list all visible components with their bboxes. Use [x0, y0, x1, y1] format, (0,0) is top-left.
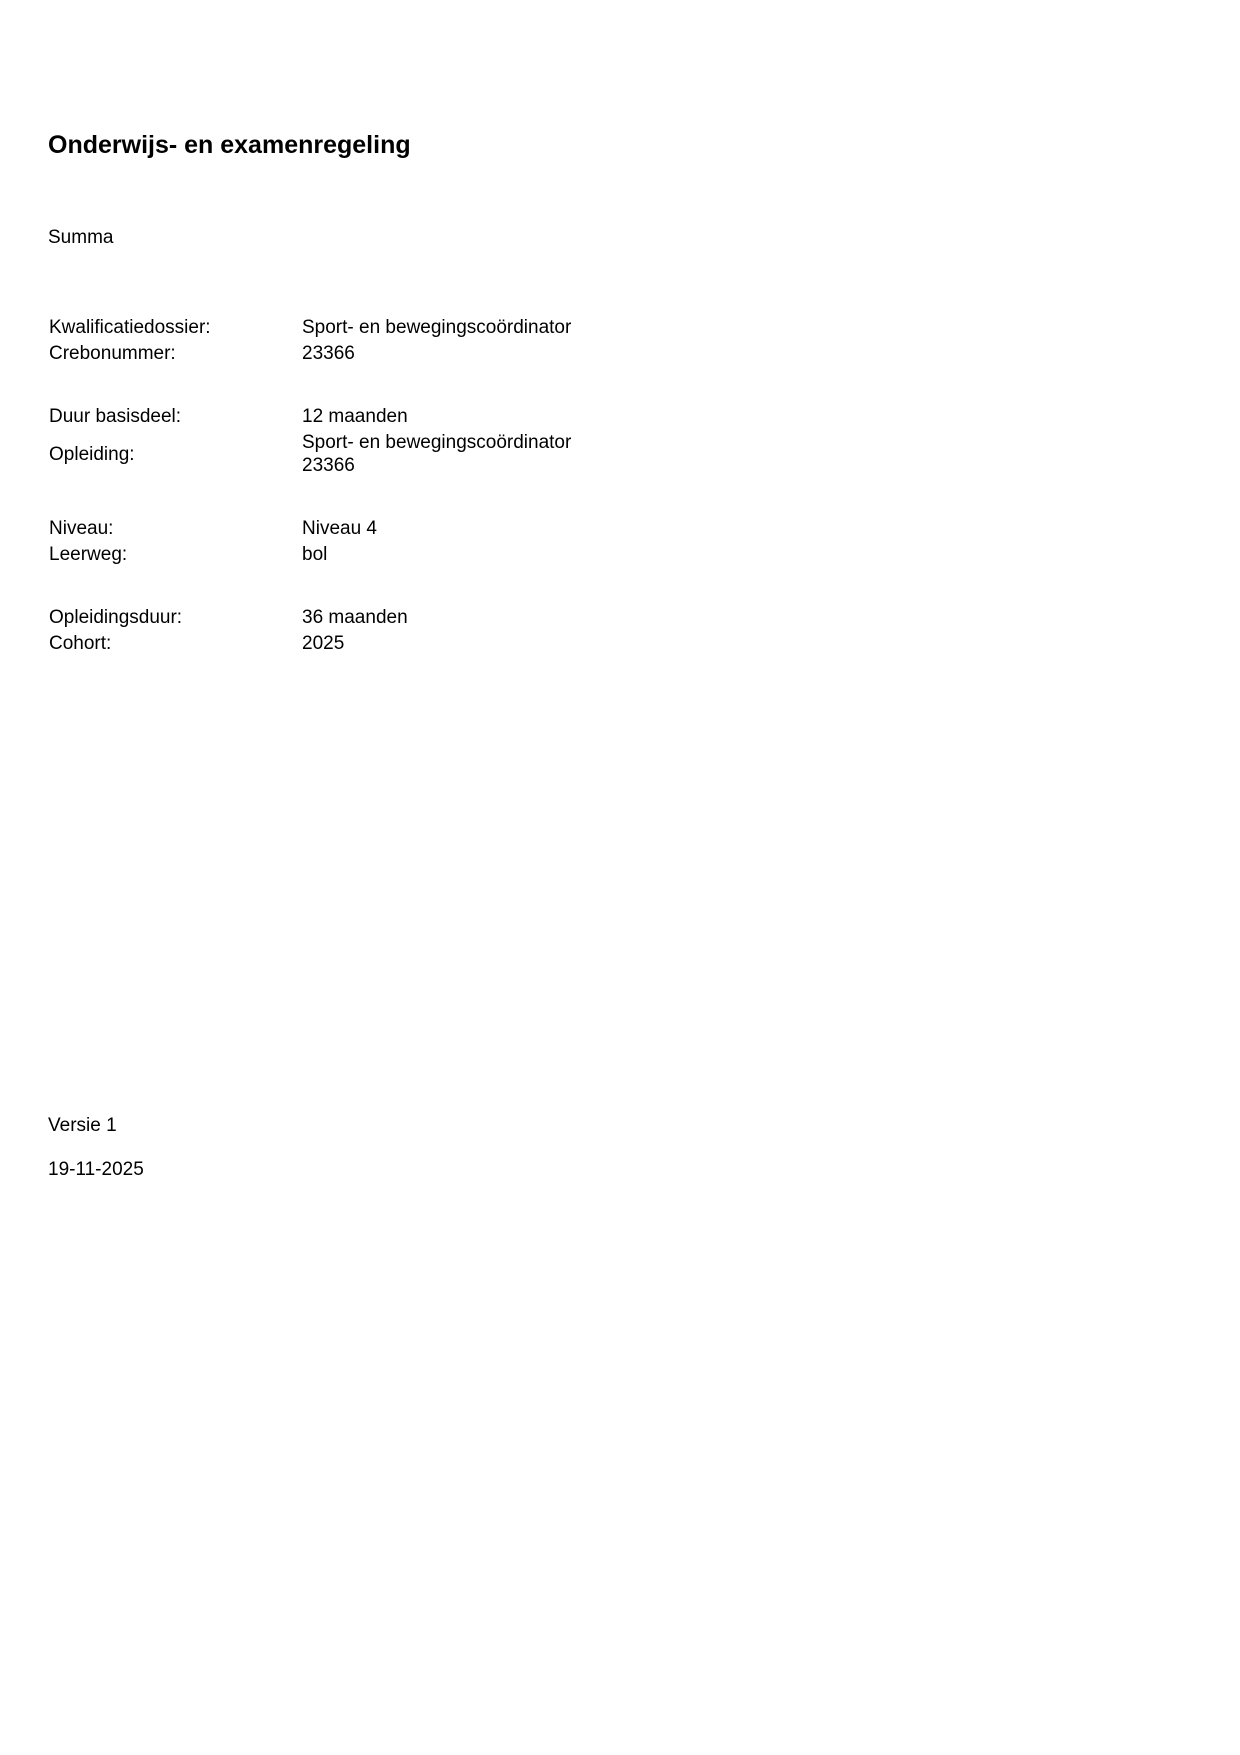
document-date: 19-11-2025	[48, 1159, 144, 1181]
field-value: 23366	[302, 342, 355, 365]
field-value: Niveau 4	[302, 517, 377, 540]
field-value: 12 maanden	[302, 405, 408, 428]
field-label: Opleidingsduur:	[49, 606, 182, 629]
field-label: Leerweg:	[49, 543, 127, 566]
field-value: Sport- en bewegingscoördinator 23366	[302, 431, 571, 477]
field-label: Crebonummer:	[49, 342, 176, 365]
field-label: Kwalificatiedossier:	[49, 316, 211, 339]
document-title: Onderwijs- en examenregeling	[48, 130, 411, 160]
field-label: Opleiding:	[49, 443, 135, 466]
field-value: bol	[302, 543, 327, 566]
version-label: Versie 1	[48, 1115, 117, 1137]
field-label: Cohort:	[49, 632, 111, 655]
field-value-line1: Sport- en bewegingscoördinator	[302, 431, 571, 454]
field-value: 2025	[302, 632, 344, 655]
field-label: Duur basisdeel:	[49, 405, 181, 428]
field-label: Niveau:	[49, 517, 113, 540]
field-value: Sport- en bewegingscoördinator	[302, 316, 571, 339]
field-value-line2: 23366	[302, 454, 571, 477]
field-value: 36 maanden	[302, 606, 408, 629]
organization-name: Summa	[48, 227, 113, 249]
